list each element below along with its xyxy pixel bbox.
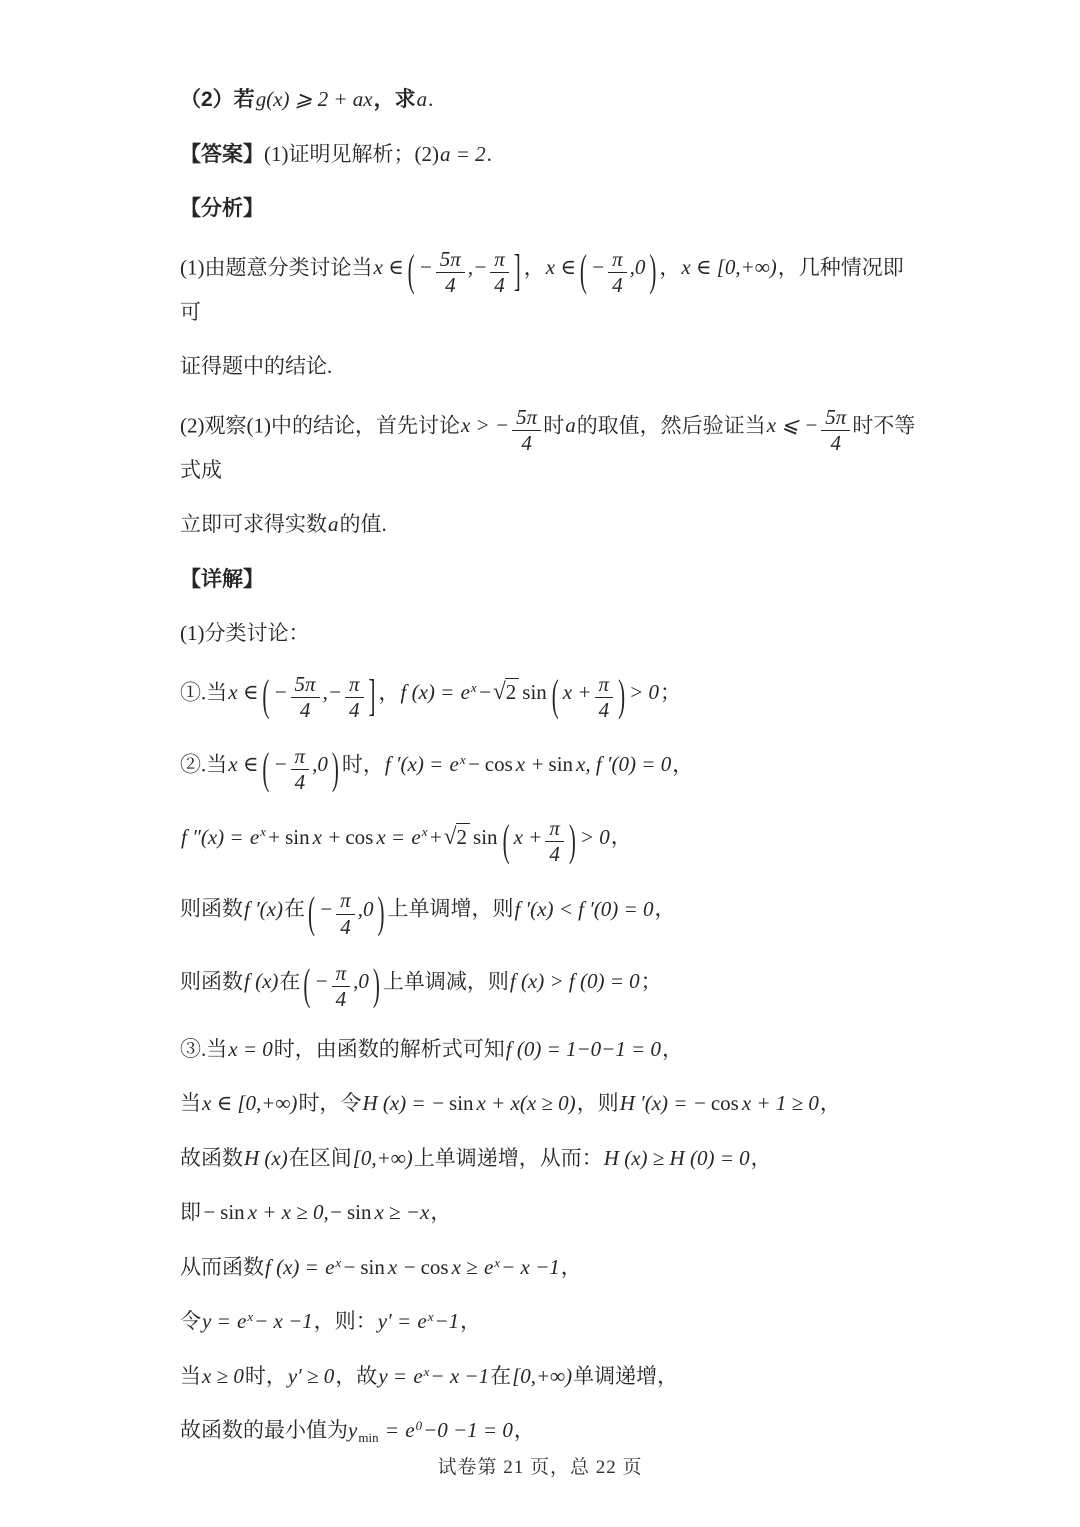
math-delimiter: ( [408,249,415,293]
body-text: 即 [180,1200,201,1224]
math-text: x − [387,1255,418,1279]
math-delimiter: ) [649,249,656,293]
body-text: ，则 [577,1091,619,1115]
math-delimiter: ) [569,819,576,863]
body-text: ②.当 [180,752,227,776]
document-line: 当x ∈ [0,+∞)时，令H (x) = −sinx + x(x ≥ 0)，则… [180,1088,920,1120]
math-text: g(x) ⩾ 2 + ax [255,87,374,111]
document-line: 当x ≥ 0时，y′ ≥ 0，故y = ex− x −1在[0,+∞)单调递增， [180,1361,920,1393]
math-delimiter: ( [552,675,559,719]
math-text: x + 1 ≥ 0 [741,1091,820,1115]
math-text: y′ ≥ 0 [287,1364,335,1388]
math-function: cos [482,752,515,776]
body-text: 则函数 [180,969,243,993]
math-fraction: π4 [490,248,509,297]
fraction-denominator: 4 [821,431,850,455]
body-text: 在区间 [289,1146,352,1170]
fraction-numerator: π [332,962,351,987]
math-function: sin [470,825,500,849]
document-line: 从而函数f (x) = ex−sinx −cosx ≥ ex− x −1， [180,1252,920,1284]
math-text: ,0 [629,255,647,279]
body-text: 当 [180,1364,201,1388]
math-text: = [379,1418,406,1442]
body-text: 时， [342,752,384,776]
math-text: −1 [433,1309,460,1333]
math-text: a [564,413,577,437]
math-text: y′ = [377,1309,418,1333]
math-text: a [416,87,429,111]
math-text: > 0 [579,825,611,849]
math-power: ex [250,825,266,849]
body-text: ， [379,680,400,704]
power-base: e [449,752,458,776]
document-line: 故函数的最小值为ymin = e0−0 −1 = 0， [180,1415,920,1447]
fraction-numerator: π [595,673,614,698]
math-delimiter: ( [262,675,269,719]
power-exponent: x [471,680,477,695]
body-text: 的取值，然后验证当 [577,413,766,437]
math-text: x = [375,825,411,849]
document-line: 即−sinx + x ≥ 0,−sinx ≥ −x， [180,1197,920,1229]
math-text: x + x ≥ 0,− [247,1200,344,1224]
math-fraction: π4 [332,962,351,1011]
math-text: − [341,1255,357,1279]
math-power: ex [461,680,477,704]
document-line: 则函数f (x)在(−π4,0)上单调减，则f (x) > f (0) = 0； [180,962,920,1011]
math-delimiter: ] [369,675,376,719]
fraction-denominator: 4 [291,770,310,794]
math-text: −0 −1 = 0 [422,1418,514,1442]
math-text: x ∈ [545,255,577,279]
document-line: 证得题中的结论. [180,351,920,383]
document-line: ①.当x ∈(−5π4,−π4]，f (x) = ex−√2sin(x +π4)… [180,673,920,722]
math-text: ,0 [352,969,370,993]
body-text: 时， [245,1364,287,1388]
sqrt-radicand: 2 [505,678,520,704]
math-text: − [418,255,434,279]
math-text: − [313,969,329,993]
body-text: ， [611,825,632,849]
fraction-numerator: π [336,889,355,914]
math-delimiter: ( [580,249,587,293]
power-base: e [417,1309,426,1333]
math-text: + [266,825,282,849]
power-base: e [237,1309,246,1333]
subscript-base: y [348,1418,357,1442]
body-text: ， [514,1418,535,1442]
sqrt-radicand: 2 [456,823,471,849]
math-text: − [272,752,288,776]
body-text: 令 [180,1309,201,1333]
power-base: e [484,1255,493,1279]
math-text: [0,+∞) [511,1364,573,1388]
math-power: e0 [405,1418,422,1442]
fraction-denominator: 4 [332,987,351,1011]
math-text: H (x) [243,1146,289,1170]
math-fraction: π4 [608,248,627,297]
power-base: e [411,825,420,849]
math-delimiter: ) [377,891,384,935]
math-text: x + [562,680,593,704]
math-text: x + [515,752,546,776]
fraction-numerator: 5π [436,248,465,273]
body-text: 的值. [340,512,387,536]
fraction-numerator: π [345,673,364,698]
document-line: 【答案】(1)证明见解析；(2)a = 2. [180,139,920,171]
math-fraction: π4 [345,673,364,722]
math-text: f ′(x) < f ′(0) = 0 [513,897,654,921]
heading-text: （2）若 [180,88,255,111]
math-text: x ∈ [0,+∞) [201,1091,298,1115]
math-fraction: 5π4 [436,248,465,297]
body-text: 上单调递增，从而： [414,1146,603,1170]
math-delimiter: ( [503,819,510,863]
document-line: (1)由题意分类讨论当x ∈(−5π4,−π4]，x ∈(−π4,0)，x ∈ … [180,248,920,329]
body-text: 故函数的最小值为 [180,1418,348,1442]
math-text: f (0) = 1−0−1 = 0 [505,1037,662,1061]
fraction-numerator: π [608,248,627,273]
body-text: 则函数 [180,897,243,921]
body-text: ， [672,752,693,776]
math-function: sin [282,825,312,849]
math-text: y = [201,1309,237,1333]
math-delimiter: ) [618,675,625,719]
math-text: f (x) = [264,1255,325,1279]
math-text: ,− [467,255,488,279]
math-text: f ″(x) = [180,825,250,849]
heading-text: 【详解】 [180,568,264,591]
power-base: e [325,1255,334,1279]
body-text: 在 [284,897,305,921]
math-fraction: π4 [545,817,564,866]
heading-text: ，求 [374,88,416,111]
math-text: x + [312,825,343,849]
document-line: 则函数f ′(x)在(−π4,0)上单调增，则f ′(x) < f ′(0) =… [180,889,920,938]
math-text: x > − [460,413,510,437]
math-text: y = [377,1364,413,1388]
body-text: (2)观察(1)中的结论，首先讨论 [180,413,460,437]
document-page: （2）若g(x) ⩾ 2 + ax，求a.【答案】(1)证明见解析；(2)a =… [0,0,1080,1527]
heading-text: 【分析】 [180,197,264,220]
math-power: ex [325,1255,341,1279]
fraction-numerator: 5π [821,406,850,431]
math-text: f ′(x) [243,897,284,921]
math-text: x ≥ [451,1255,484,1279]
document-line: 令y = ex− x −1，则：y′ = ex−1， [180,1306,920,1338]
body-text: ， [659,255,680,279]
math-function: sin [546,752,576,776]
math-text: ,0 [311,752,329,776]
document-line: f ″(x) = ex+sinx +cosx = ex+√2sin(x +π4)… [180,817,920,866]
math-delimiter: ) [373,964,380,1008]
document-line: 【详解】 [180,564,920,596]
body-text: 证得题中的结论. [180,354,332,378]
math-delimiter: ] [514,249,521,293]
math-function: sin [357,1255,387,1279]
fraction-denominator: 4 [436,273,465,297]
math-sqrt: √2 [444,825,470,849]
document-line: (2)观察(1)中的结论，首先讨论x > −5π4时a的取值，然后验证当x ⩽ … [180,406,920,487]
math-text: f (x) = [400,680,461,704]
page-footer: 试卷第 21 页，总 22 页 [0,1452,1080,1479]
body-text: 立即可求得实数 [180,512,327,536]
math-text: x ∈ [227,680,259,704]
math-power: ex [417,1309,433,1333]
math-text: − [466,752,482,776]
math-text: x ∈ [227,752,259,776]
math-text: x ≥ −x [373,1200,430,1224]
math-function: sin [446,1091,476,1115]
fraction-numerator: π [490,248,509,273]
math-function: sin [519,680,549,704]
body-text: ； [660,680,681,704]
subscript-text: min [358,1430,378,1445]
heading-text: 【答案】 [180,143,264,166]
document-line: 【分析】 [180,193,920,225]
math-text: ,0 [357,897,375,921]
math-text: − [318,897,334,921]
math-delimiter: ( [303,964,310,1008]
math-fraction: π4 [336,889,355,938]
body-text: . [428,87,433,111]
math-text: [0,+∞) [352,1146,414,1170]
math-text: − [201,1200,217,1224]
body-text: ； [641,969,662,993]
body-text: ， [561,1255,582,1279]
fraction-numerator: 5π [291,673,320,698]
math-function: cos [708,1091,741,1115]
body-text: ， [460,1309,481,1333]
body-text: ， [751,1146,772,1170]
body-text: 时，令 [298,1091,361,1115]
fraction-denominator: 4 [490,273,509,297]
math-text: − [590,255,606,279]
body-text: (1)证明见解析；(2) [264,142,439,166]
math-sqrt: √2 [493,680,519,704]
math-text: x ⩽ − [766,413,820,437]
math-text: − x −1 [429,1364,490,1388]
document-line: (1)分类讨论： [180,618,920,650]
document-line: 故函数H (x)在区间[0,+∞)上单调递增，从而：H (x) ≥ H (0) … [180,1143,920,1175]
math-power: ex [449,752,465,776]
fraction-denominator: 4 [336,915,355,939]
body-text: ， [654,897,675,921]
fraction-denominator: 4 [512,431,541,455]
body-text: 当 [180,1091,201,1115]
document-line: 立即可求得实数a的值. [180,509,920,541]
math-delimiter: ) [332,747,339,791]
power-base: e [250,825,259,849]
math-text: − x −1 [253,1309,314,1333]
fraction-numerator: π [291,745,310,770]
math-text: − x −1 [500,1255,561,1279]
fraction-denominator: 4 [545,842,564,866]
math-text: x + [513,825,544,849]
math-fraction: 5π4 [291,673,320,722]
body-text: 在 [490,1364,511,1388]
math-function: sin [217,1200,247,1224]
body-text: (1)分类讨论： [180,621,310,645]
math-text: + [427,825,443,849]
body-text: 从而函数 [180,1255,264,1279]
math-text: − [477,680,493,704]
solution-text: （2）若g(x) ⩾ 2 + ax，求a.【答案】(1)证明见解析；(2)a =… [180,84,920,1470]
body-text: 单调递增， [573,1364,678,1388]
math-text: − [272,680,288,704]
fraction-denominator: 4 [608,273,627,297]
body-text: 时，由函数的解析式可知 [274,1037,505,1061]
math-text: f (x) > f (0) = 0 [509,969,641,993]
power-base: e [461,680,470,704]
math-text: ,− [322,680,343,704]
math-text: x + x(x ≥ 0) [476,1091,577,1115]
math-delimiter: ( [262,747,269,791]
math-function: cos [418,1255,451,1279]
math-power: ex [413,1364,429,1388]
power-exponent: x [460,752,466,767]
document-line: ③.当x = 0时，由函数的解析式可知f (0) = 1−0−1 = 0， [180,1034,920,1066]
math-fraction: π4 [595,673,614,722]
body-text: ， [524,255,545,279]
body-text: ③.当 [180,1037,227,1061]
body-text: . [487,142,492,166]
math-function: cos [342,825,375,849]
body-text: ， [430,1200,451,1224]
math-fraction: π4 [291,745,310,794]
math-power: ex [411,825,427,849]
math-text: x ≥ 0 [201,1364,245,1388]
math-text: x ∈ [0,+∞) [680,255,777,279]
math-text: a = 2 [439,142,487,166]
body-text: 在 [279,969,300,993]
math-text: x ∈ [373,255,405,279]
body-text: ，故 [335,1364,377,1388]
math-text: x = 0 [227,1037,274,1061]
math-subscripted: ymin [348,1418,379,1442]
math-fraction: 5π4 [512,406,541,455]
math-text: f (x) [243,969,279,993]
sqrt-radical: √ [493,679,506,705]
body-text: 时 [543,413,564,437]
body-text: ，则： [314,1309,377,1333]
body-text: ， [820,1091,841,1115]
fraction-denominator: 4 [345,698,364,722]
body-text: ①.当 [180,680,227,704]
math-text: f ′(x) = [384,752,450,776]
document-line: ②.当x ∈(−π4,0)时，f ′(x) = ex−cosx +sinx, f… [180,745,920,794]
math-text: > 0 [628,680,660,704]
fraction-denominator: 4 [595,698,614,722]
math-delimiter: ( [308,891,315,935]
math-power: ex [237,1309,253,1333]
math-function: sin [344,1200,374,1224]
fraction-numerator: 5π [512,406,541,431]
math-text: H ′(x) = − [619,1091,708,1115]
document-line: （2）若g(x) ⩾ 2 + ax，求a. [180,84,920,116]
body-text: ， [662,1037,683,1061]
math-power: ex [484,1255,500,1279]
math-text: x, f ′(0) = 0 [575,752,672,776]
fraction-numerator: π [545,817,564,842]
sqrt-radical: √ [444,824,457,850]
math-text: H (x) = − [361,1091,446,1115]
math-text: a [327,512,340,536]
power-base: e [405,1418,414,1442]
body-text: 上单调增，则 [387,897,513,921]
body-text: (1)由题意分类讨论当 [180,255,373,279]
body-text: 故函数 [180,1146,243,1170]
math-text: H (x) ≥ H (0) = 0 [603,1146,751,1170]
fraction-denominator: 4 [291,698,320,722]
math-fraction: 5π4 [821,406,850,455]
power-base: e [413,1364,422,1388]
body-text: 上单调减，则 [383,969,509,993]
